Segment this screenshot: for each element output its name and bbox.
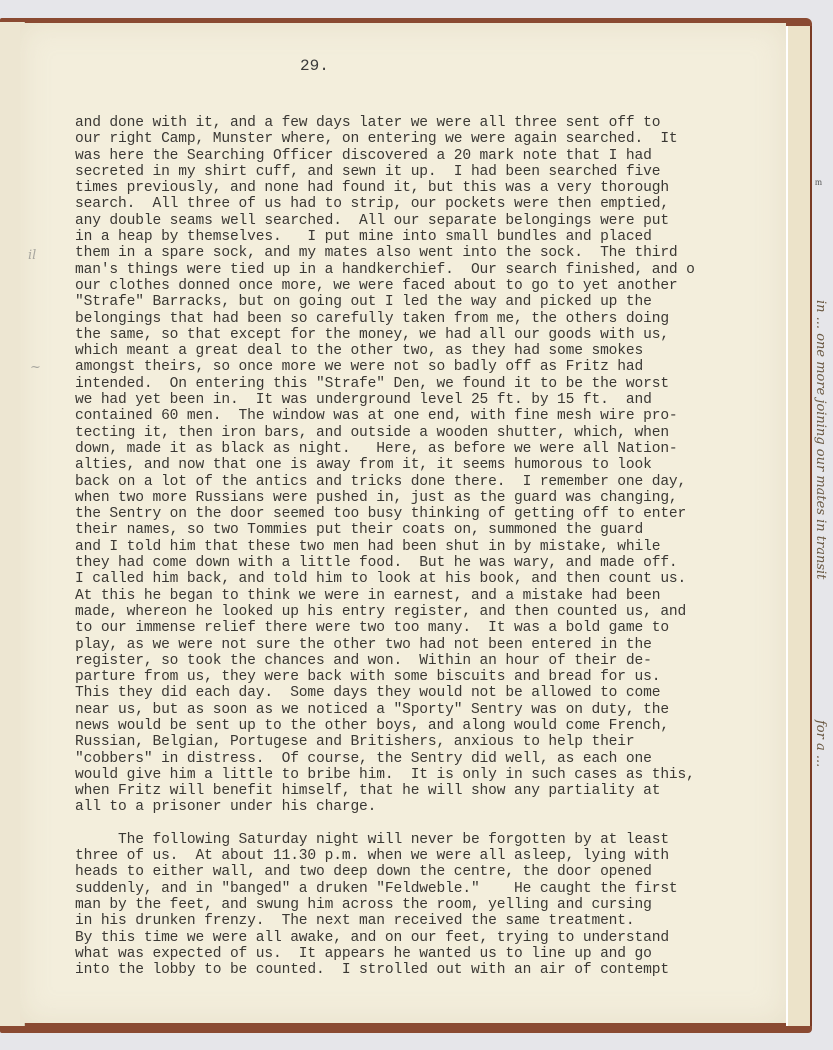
text-line: the Sentry on the door seemed too busy t… <box>75 506 795 522</box>
text-line: register, so took the chances and won. W… <box>75 653 795 669</box>
text-line: belongings that had been so carefully ta… <box>75 311 795 327</box>
text-line: parture from us, they were back with som… <box>75 669 795 685</box>
text-line: back on a lot of the antics and tricks d… <box>75 474 795 490</box>
text-line: times previously, and none had found it,… <box>75 180 795 196</box>
text-line: amongst theirs, so once more we were not… <box>75 359 795 375</box>
text-line: three of us. At about 11.30 p.m. when we… <box>75 848 795 864</box>
page-number: 29. <box>300 57 329 75</box>
text-line: and I told him that these two men had be… <box>75 539 795 555</box>
text-line: their names, so two Tommies put their co… <box>75 522 795 538</box>
text-line: when Fritz will benefit himself, that he… <box>75 783 795 799</box>
text-line: tecting it, then iron bars, and outside … <box>75 425 795 441</box>
text-line: into the lobby to be counted. I strolled… <box>75 962 795 978</box>
text-line: the same, so that except for the money, … <box>75 327 795 343</box>
text-line: "Strafe" Barracks, but on going out I le… <box>75 294 795 310</box>
text-line: near us, but as soon as we noticed a "Sp… <box>75 702 795 718</box>
text-line: in his drunken frenzy. The next man rece… <box>75 913 795 929</box>
text-line: contained 60 men. The window was at one … <box>75 408 795 424</box>
text-line: news would be sent up to the other boys,… <box>75 718 795 734</box>
text-line: we had yet been in. It was underground l… <box>75 392 795 408</box>
text-line: suddenly, and in "banged" a druken "Feld… <box>75 881 795 897</box>
text-line: alties, and now that one is away from it… <box>75 457 795 473</box>
text-line: "cobbers" in distress. Of course, the Se… <box>75 751 795 767</box>
text-line: in a heap by themselves. I put mine into… <box>75 229 795 245</box>
text-line: down, made it as black as night. Here, a… <box>75 441 795 457</box>
text-line: our right Camp, Munster where, on enteri… <box>75 131 795 147</box>
text-line: search. All three of us had to strip, ou… <box>75 196 795 212</box>
handwritten-margin-note: for a ... <box>813 720 828 767</box>
text-line: they had come down with a little food. B… <box>75 555 795 571</box>
text-line: At this he began to think we were in ear… <box>75 588 795 604</box>
text-line: our clothes donned once more, we were fa… <box>75 278 795 294</box>
text-line: which meant a great deal to the other tw… <box>75 343 795 359</box>
pencil-mark: il <box>28 248 36 263</box>
text-line: heads to either wall, and two deep down … <box>75 864 795 880</box>
text-line: The following Saturday night will never … <box>75 832 795 848</box>
text-line: This they did each day. Some days they w… <box>75 685 795 701</box>
text-line: was here the Searching Officer discovere… <box>75 148 795 164</box>
paragraph-2: The following Saturday night will never … <box>75 832 795 979</box>
pencil-mark: ~ <box>30 360 41 375</box>
text-line: them in a spare sock, and my mates also … <box>75 245 795 261</box>
typed-text-body: and done with it, and a few days later w… <box>75 115 795 978</box>
text-line: intended. On entering this "Strafe" Den,… <box>75 376 795 392</box>
text-line: all to a prisoner under his charge. <box>75 799 795 815</box>
text-line: when two more Russians were pushed in, j… <box>75 490 795 506</box>
text-line: Russian, Belgian, Portugese and Britishe… <box>75 734 795 750</box>
text-line: play, as we were not sure the other two … <box>75 637 795 653</box>
text-line: to our immense relief there were two too… <box>75 620 795 636</box>
text-line: and done with it, and a few days later w… <box>75 115 795 131</box>
handwritten-margin-note: in ... one more joining our mates in tra… <box>813 300 828 579</box>
edge-mark: m <box>815 177 822 187</box>
text-line: man by the feet, and swung him across th… <box>75 897 795 913</box>
paragraph-1: and done with it, and a few days later w… <box>75 115 795 816</box>
text-line: By this time we were all awake, and on o… <box>75 930 795 946</box>
text-line: I called him back, and told him to look … <box>75 571 795 587</box>
text-line: made, whereon he looked up his entry reg… <box>75 604 795 620</box>
text-line: what was expected of us. It appears he w… <box>75 946 795 962</box>
text-line: would give him a little to bribe him. It… <box>75 767 795 783</box>
text-line: man's things were tied up in a handkerch… <box>75 262 795 278</box>
paragraph-gap <box>75 816 795 832</box>
text-line: any double seams well searched. All our … <box>75 213 795 229</box>
text-line: secreted in my shirt cuff, and sewn it u… <box>75 164 795 180</box>
